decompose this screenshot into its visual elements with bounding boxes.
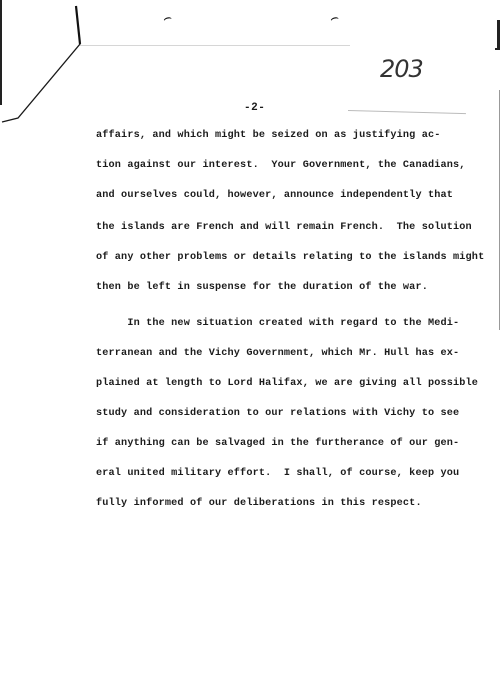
text-line: if anything can be salvaged in the furth… (96, 438, 459, 449)
corner-fold-mark (0, 0, 100, 130)
text-line: terranean and the Vichy Government, whic… (96, 348, 459, 359)
text-line: eral united military effort. I shall, of… (96, 468, 459, 479)
scan-line-right (348, 110, 466, 114)
text-line: affairs, and which might be seized on as… (96, 130, 441, 141)
text-line: the islands are French and will remain F… (96, 222, 472, 233)
scan-right-edge (490, 0, 500, 686)
text-line: In the new situation created with regard… (96, 318, 459, 329)
punch-mark-right: ⌢ (328, 11, 341, 27)
text-line: of any other problems or details relatin… (96, 252, 484, 263)
text-line: tion against our interest. Your Governme… (96, 160, 466, 171)
page-number: -2- (244, 102, 265, 114)
text-line: then be left in suspense for the duratio… (96, 282, 428, 293)
document-page: ⌢ ⌢ 203 -2- affairs, and which might be … (0, 0, 500, 686)
text-line: study and consideration to our relations… (96, 408, 459, 419)
punch-mark-left: ⌢ (161, 11, 174, 27)
handwritten-annotation: 203 (380, 55, 423, 83)
text-line: plained at length to Lord Halifax, we ar… (96, 378, 478, 389)
text-line: and ourselves could, however, announce i… (96, 190, 453, 201)
text-line: fully informed of our deliberations in t… (96, 498, 422, 509)
scan-line-top (80, 45, 350, 46)
